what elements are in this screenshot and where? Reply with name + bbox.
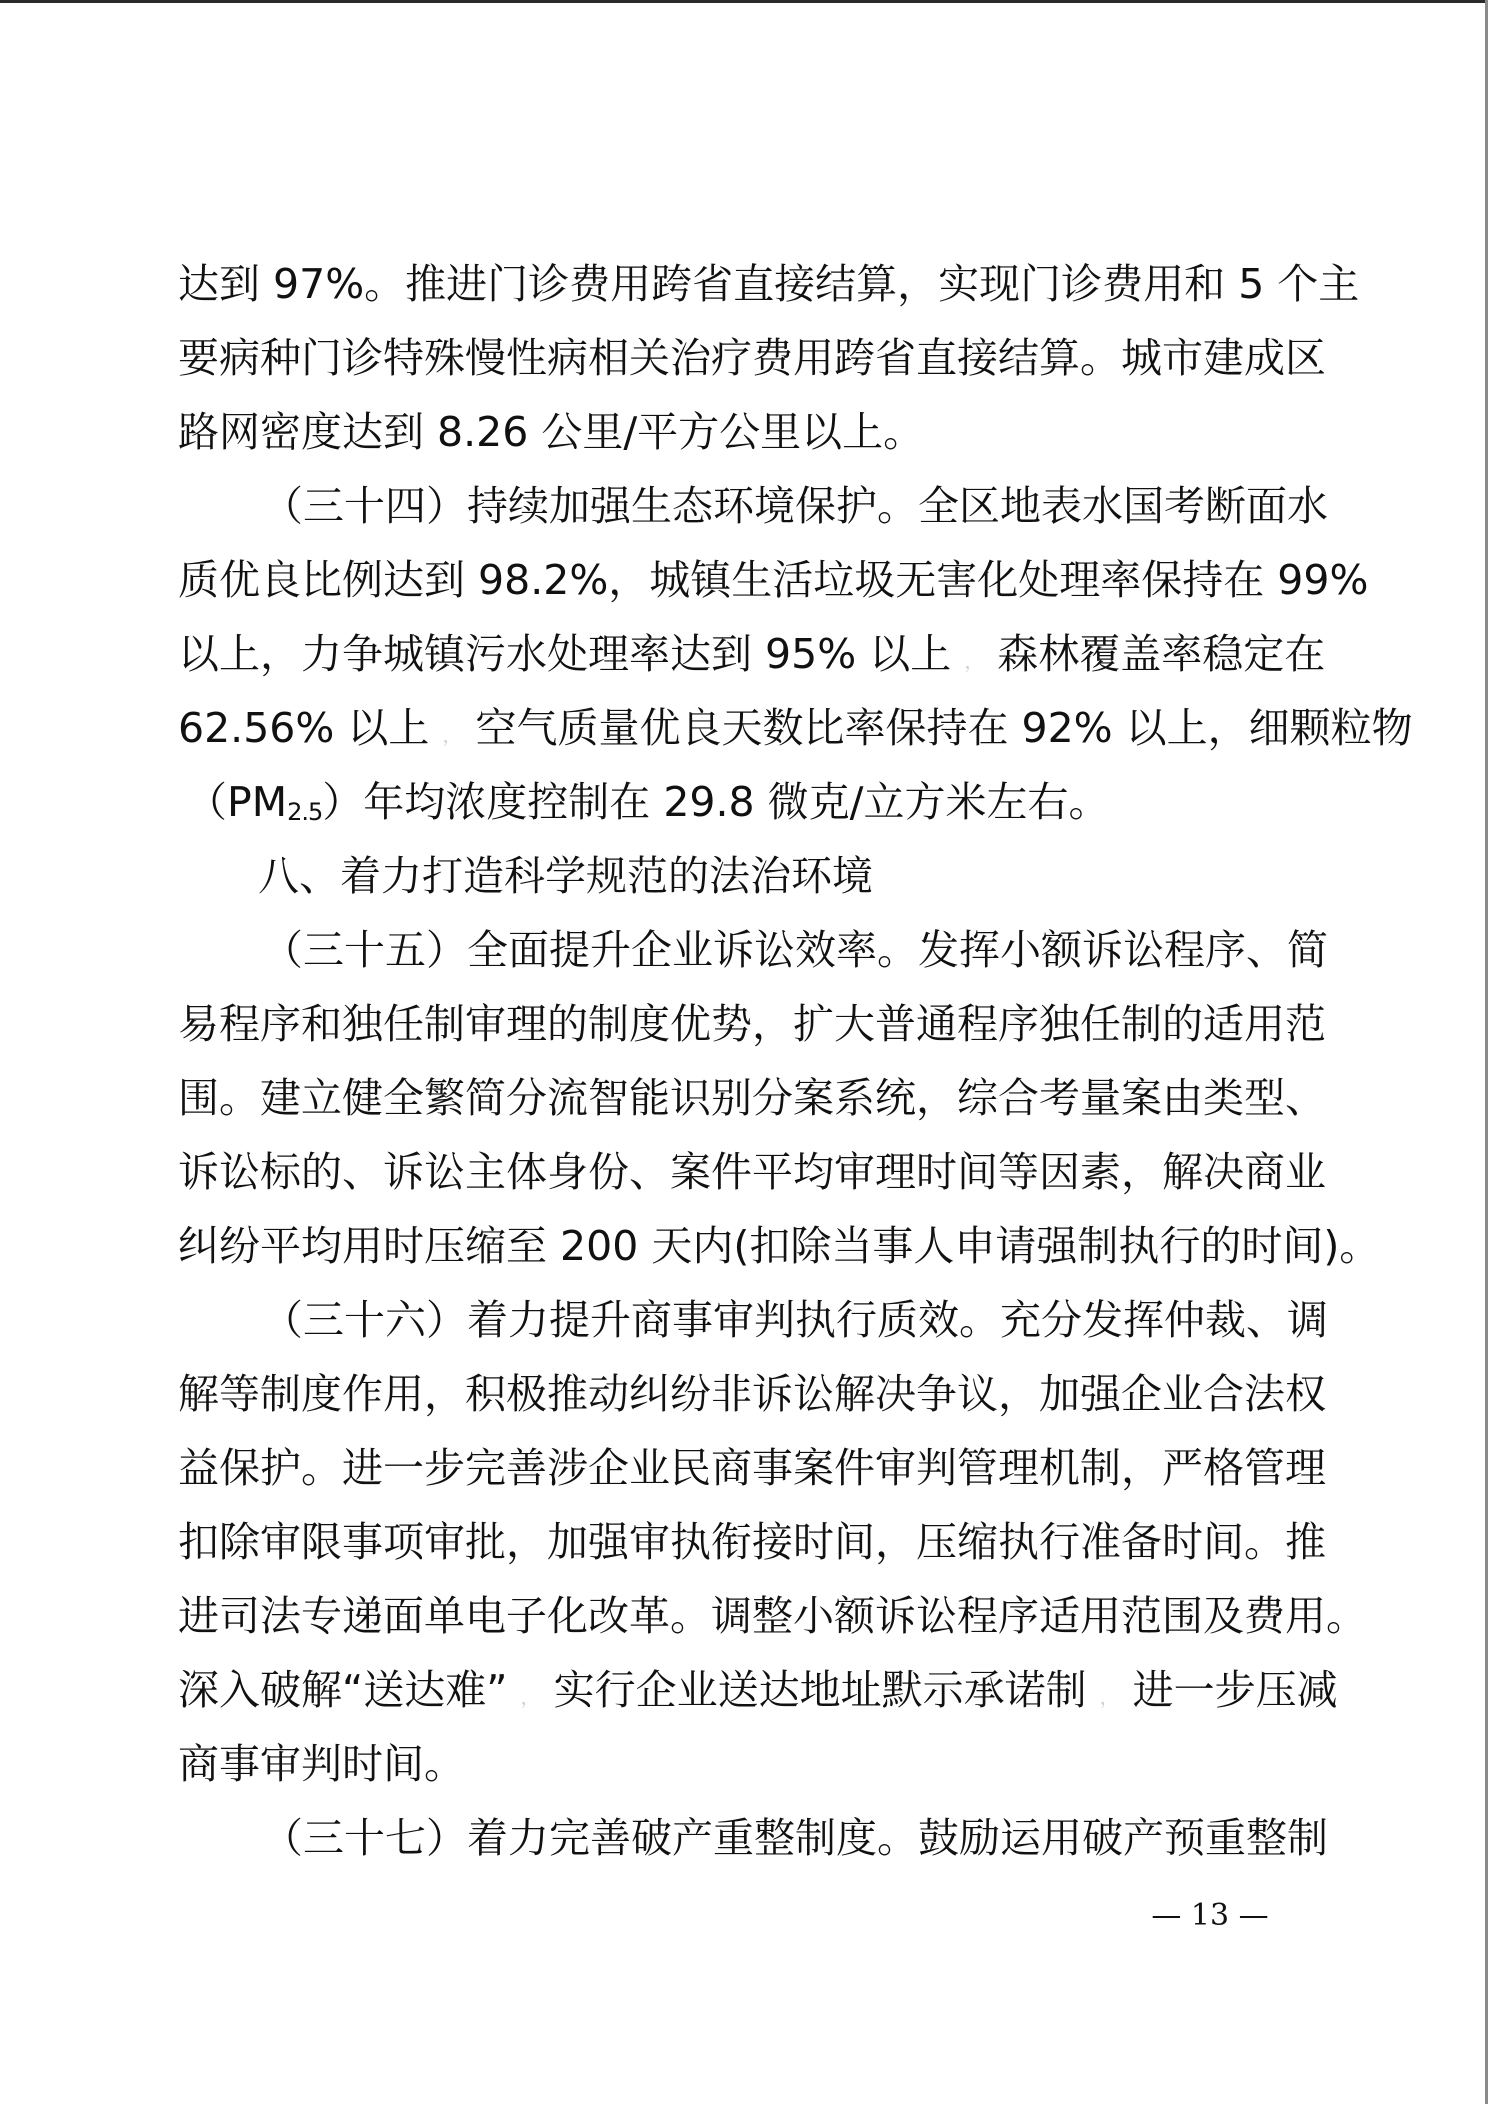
subscript-2-5: 2.5 (287, 798, 322, 826)
text-line: （PM2.5）年均浓度控制在 29.8 微克/立方米左右。 (178, 765, 1312, 839)
section-36-first-line: （三十六）着力提升商事审判执行质效。充分发挥仲裁、调 (178, 1283, 1312, 1357)
page-number: — 13 — (1140, 1896, 1280, 1936)
text-segment: 空气质量优良天数比率保持在 92% 以上，细颗粒物 (475, 704, 1412, 752)
text-segment: ）年均浓度控制在 29.8 微克/立方米左右。 (322, 778, 1109, 826)
text-line: 围。建立健全繁简分流智能识别分案系统，综合考量案由类型、 (178, 1061, 1312, 1135)
text-line: 质优良比例达到 98.2%，城镇生活垃圾无害化处理率保持在 99% (178, 543, 1312, 617)
section-37-first-line: （三十七）着力完善破产重整制度。鼓励运用破产预重整制 (178, 1801, 1312, 1875)
text-line: 进司法专递面单电子化改革。调整小额诉讼程序适用范围及费用。 (178, 1579, 1312, 1653)
faint-comma: ， (1100, 1685, 1120, 1709)
text-line: 益保护。进一步完善涉企业民商事案件审判管理机制，严格管理 (178, 1431, 1312, 1505)
section-34-first-line: （三十四）持续加强生态环境保护。全区地表水国考断面水 (178, 469, 1312, 543)
text-segment: 深入破解“送达难” (178, 1666, 507, 1714)
text-line: 要病种门诊特殊慢性病相关治疗费用跨省直接结算。城市建成区 (178, 321, 1312, 395)
text-line: 易程序和独任制审理的制度优势，扩大普通程序独任制的适用范 (178, 987, 1312, 1061)
text-line: 以上，力争城镇污水处理率达到 95% 以上 ， 森林覆盖率稳定在 (178, 617, 1312, 691)
text-line: 62.56% 以上 ， 空气质量优良天数比率保持在 92% 以上，细颗粒物 (178, 691, 1312, 765)
text-segment: 进一步压减 (1133, 1666, 1338, 1714)
text-line: 纠纷平均用时压缩至 200 天内(扣除当事人申请强制执行的时间)。 (178, 1209, 1312, 1283)
top-border-rule (0, 0, 1488, 3)
faint-comma: ， (964, 649, 984, 673)
document-body: 达到 97%。推进门诊费用跨省直接结算，实现门诊费用和 5 个主 要病种门诊特殊… (178, 247, 1312, 1875)
text-line: 扣除审限事项审批，加强审执衔接时间，压缩执行准备时间。推 (178, 1505, 1312, 1579)
text-segment: 以上，力争城镇污水处理率达到 95% 以上 (178, 630, 951, 678)
text-line: 深入破解“送达难” ， 实行企业送达地址默示承诺制 ， 进一步压减 (178, 1653, 1312, 1727)
text-line: 诉讼标的、诉讼主体身份、案件平均审理时间等因素，解决商业 (178, 1135, 1312, 1209)
faint-comma: ， (521, 1685, 541, 1709)
text-line: 达到 97%。推进门诊费用跨省直接结算，实现门诊费用和 5 个主 (178, 247, 1312, 321)
faint-comma: ， (442, 723, 462, 747)
section-heading-8: 八、着力打造科学规范的法治环境 (178, 839, 1312, 913)
text-segment: 森林覆盖率稳定在 (997, 630, 1325, 678)
text-line: 商事审判时间。 (178, 1727, 1312, 1801)
text-line: 解等制度作用，积极推动纠纷非诉讼解决争议，加强企业合法权 (178, 1357, 1312, 1431)
text-segment: 实行企业送达地址默示承诺制 (554, 1666, 1087, 1714)
text-segment: （PM (186, 778, 287, 826)
text-segment: 62.56% 以上 (178, 704, 429, 752)
section-35-first-line: （三十五）全面提升企业诉讼效率。发挥小额诉讼程序、简 (178, 913, 1312, 987)
text-line: 路网密度达到 8.26 公里/平方公里以上。 (178, 395, 1312, 469)
